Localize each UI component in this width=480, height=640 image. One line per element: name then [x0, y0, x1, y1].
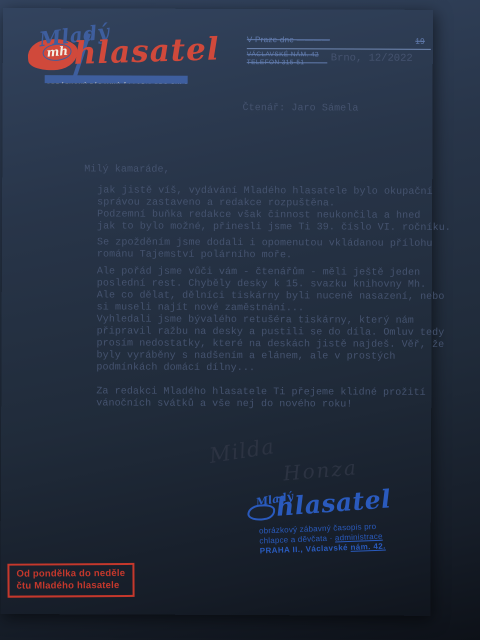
- printed-year-text: 19: [415, 37, 425, 46]
- masthead-dateline: V Praze dne ———— 19 VÁCLAVSKÉ NÁM. 42 TE…: [247, 35, 431, 50]
- letter-paragraph: Vyhledali jsme bývalého retušéra tiskárn…: [96, 314, 444, 375]
- letter-paragraph: jak jistě víš, vydávání Mladého hlasatel…: [97, 185, 451, 234]
- recipient-line: Čtenář: Jaro Sámela: [243, 103, 359, 115]
- letter-paragraph: Za redakci Mladého hlasatele Ti přejeme …: [96, 386, 426, 411]
- letter-line: byly vyráběny s nadšením a elánem, ale v…: [96, 350, 444, 363]
- stamp-logo: Mladý hlasatel: [246, 490, 427, 521]
- tagline-text: OBRÁZKOVÝ ZÁBAVNÝ ČASOPIS PRO CHLAPCE A …: [45, 82, 188, 84]
- letter-line: podmínkách domácí dílny...: [96, 362, 444, 375]
- salutation: Milý kamaráde,: [84, 164, 169, 176]
- editorial-stamp: Mladý hlasatel obrázkový zábavný časopis…: [246, 490, 428, 556]
- printed-phone-text: TELEFON 315-51 ———: [247, 59, 328, 66]
- slogan-line-2: čtu Mladého hlasatele: [17, 579, 126, 591]
- slogan-line-1: Od pondělka do neděle: [16, 568, 125, 580]
- brand-main-text: hlasatel: [73, 31, 220, 71]
- stamp-address-block: obrázkový zábavný časopis pro chlapce a …: [259, 520, 428, 556]
- letter-line: si museli najít nové zaměstnání...: [97, 302, 445, 315]
- letter-line: jak to bylo možné, přinesli jsme Ti 39. …: [97, 221, 451, 234]
- printed-date-line: V Praze dne ———— 19: [247, 35, 431, 50]
- signature-milda: Milda: [208, 434, 277, 468]
- photo-background: mh Mladý hlasatel OBRÁZKOVÝ ZÁBAVNÝ ČASO…: [0, 0, 480, 640]
- stamp-line-3-underlined: nám. 42.: [350, 541, 386, 551]
- letter-paragraph: Se zpožděním jsme dodali i opomenutou vk…: [97, 237, 433, 262]
- signature-honza: Honza: [282, 455, 359, 485]
- typed-date: Brno, 12/2022: [331, 52, 413, 64]
- reader-slogan-box: Od pondělka do neděle čtu Mladého hlasat…: [7, 563, 134, 598]
- printed-address-text: VÁCLAVSKÉ NÁM. 42: [247, 51, 319, 58]
- tagline-bar: OBRÁZKOVÝ ZÁBAVNÝ ČASOPIS PRO CHLAPCE A …: [45, 75, 188, 84]
- letter-line: vánočních svátků a vše nej do nového rok…: [96, 398, 426, 411]
- stamp-brand-main: hlasatel: [275, 484, 392, 521]
- printed-place-text: V Praze dne ————: [247, 35, 330, 44]
- letter-line: románu Tajemství polárního moře.: [97, 249, 433, 262]
- letter-paper: mh Mladý hlasatel OBRÁZKOVÝ ZÁBAVNÝ ČASO…: [0, 8, 433, 616]
- letter-paragraph: Ale pořád jsme vůči vám - čtenářům - měl…: [97, 266, 445, 315]
- letterhead-logo: mh Mladý hlasatel OBRÁZKOVÝ ZÁBAVNÝ ČASO…: [27, 24, 217, 87]
